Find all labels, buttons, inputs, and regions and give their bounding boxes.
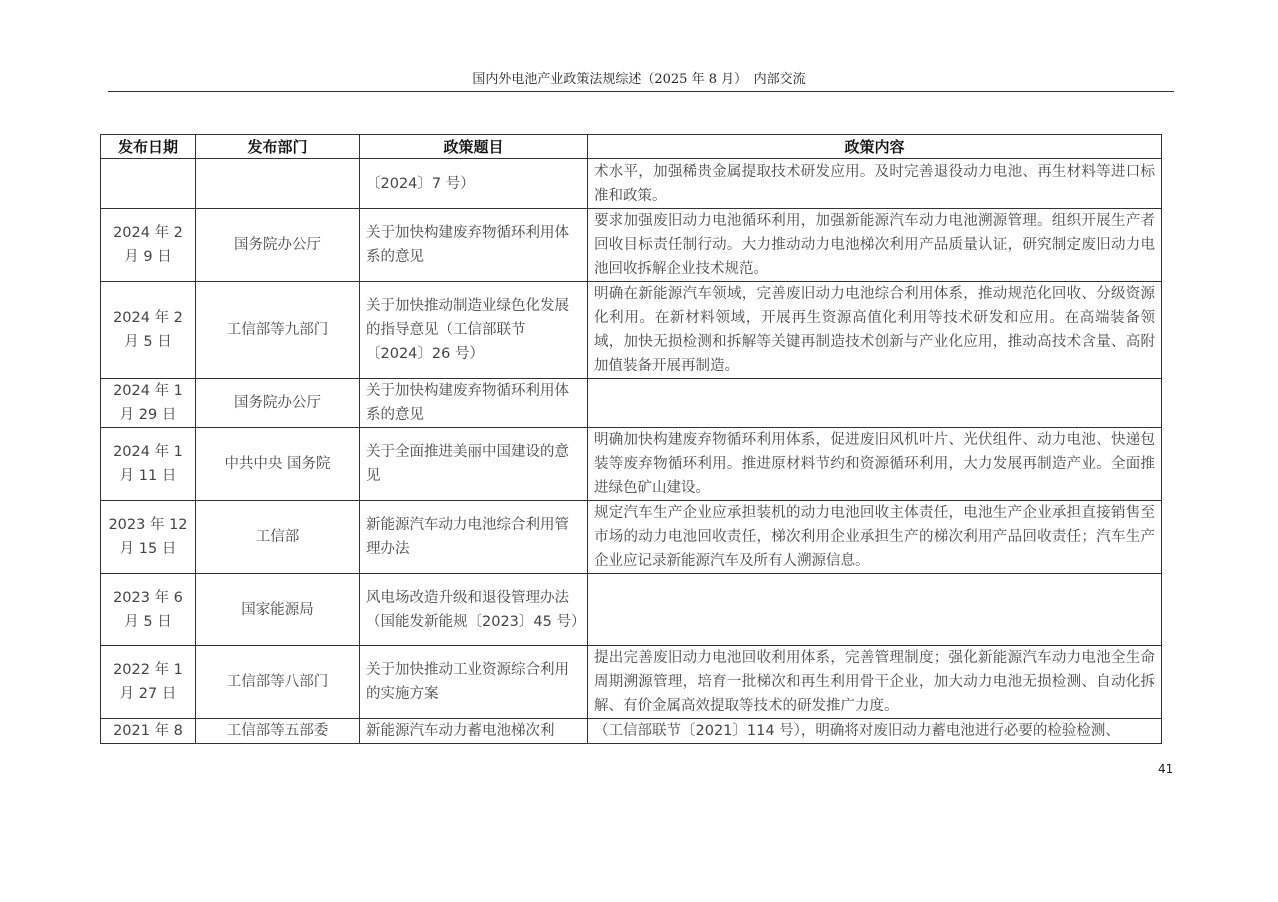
- cell-policy-content: 明确加快构建废弃物循环利用体系，促进废旧风机叶片、光伏组件、动力电池、快递包装等…: [588, 428, 1162, 501]
- cell-policy-title: 关于加快推动工业资源综合利用的实施方案: [360, 646, 588, 719]
- cell-policy-title: 〔2024〕7 号）: [360, 159, 588, 209]
- cell-policy-content: （工信部联节〔2021〕114 号），明确将对废旧动力蓄电池进行必要的检验检测、: [588, 719, 1162, 744]
- cell-department: 工信部等八部门: [196, 646, 360, 719]
- cell-department: 工信部: [196, 501, 360, 574]
- cell-date: 2023 年 12 月 15 日: [101, 501, 196, 574]
- cell-date: 2021 年 8: [101, 719, 196, 744]
- cell-date: 2024 年 2 月 9 日: [101, 209, 196, 282]
- running-header-title: 国内外电池产业政策法规综述（2025 年 8 月） 内部交流: [0, 68, 1278, 87]
- cell-date: 2022 年 1 月 27 日: [101, 646, 196, 719]
- cell-policy-content: [588, 574, 1162, 646]
- cell-policy-content: 要求加强废旧动力电池循环利用，加强新能源汽车动力电池溯源管理。组织开展生产者回收…: [588, 209, 1162, 282]
- cell-policy-title: 新能源汽车动力蓄电池梯次利: [360, 719, 588, 744]
- table-row: 2024 年 1 月 11 日中共中央 国务院关于全面推进美丽中国建设的意见明确…: [101, 428, 1162, 501]
- cell-policy-content: 规定汽车生产企业应承担装机的动力电池回收主体责任，电池生产企业承担直接销售至市场…: [588, 501, 1162, 574]
- cell-date: 2024 年 1 月 29 日: [101, 379, 196, 428]
- table-header-row: 发布日期 发布部门 政策题目 政策内容: [101, 135, 1162, 159]
- header-divider: [108, 91, 1174, 92]
- table-row: 2024 年 1 月 29 日国务院办公厅关于加快构建废弃物循环利用体系的意见: [101, 379, 1162, 428]
- cell-policy-content: [588, 379, 1162, 428]
- cell-department: 国务院办公厅: [196, 379, 360, 428]
- cell-policy-title: 关于加快推动制造业绿色化发展的指导意见（工信部联节〔2024〕26 号）: [360, 282, 588, 379]
- cell-policy-title: 关于加快构建废弃物循环利用体系的意见: [360, 209, 588, 282]
- column-header-policy-title: 政策题目: [360, 135, 588, 159]
- table-row: 〔2024〕7 号）术水平，加强稀贵金属提取技术研发应用。及时完善退役动力电池、…: [101, 159, 1162, 209]
- table-row: 2021 年 8工信部等五部委新能源汽车动力蓄电池梯次利（工信部联节〔2021〕…: [101, 719, 1162, 744]
- page-number: 41: [1158, 762, 1173, 776]
- cell-policy-content: 术水平，加强稀贵金属提取技术研发应用。及时完善退役动力电池、再生材料等进口标准和…: [588, 159, 1162, 209]
- cell-policy-content: 明确在新能源汽车领域，完善废旧动力电池综合利用体系，推动规范化回收、分级资源化利…: [588, 282, 1162, 379]
- cell-department: 中共中央 国务院: [196, 428, 360, 501]
- column-header-date: 发布日期: [101, 135, 196, 159]
- cell-policy-content: 提出完善废旧动力电池回收利用体系，完善管理制度；强化新能源汽车动力电池全生命周期…: [588, 646, 1162, 719]
- column-header-department: 发布部门: [196, 135, 360, 159]
- cell-policy-title: 风电场改造升级和退役管理办法（国能发新能规〔2023〕45 号）: [360, 574, 588, 646]
- cell-department: [196, 159, 360, 209]
- table-row: 2024 年 2 月 9 日国务院办公厅关于加快构建废弃物循环利用体系的意见要求…: [101, 209, 1162, 282]
- table-row: 2023 年 6 月 5 日国家能源局风电场改造升级和退役管理办法（国能发新能规…: [101, 574, 1162, 646]
- column-header-policy-content: 政策内容: [588, 135, 1162, 159]
- cell-department: 国家能源局: [196, 574, 360, 646]
- policy-table: 发布日期 发布部门 政策题目 政策内容 〔2024〕7 号）术水平，加强稀贵金属…: [100, 134, 1162, 744]
- cell-date: 2023 年 6 月 5 日: [101, 574, 196, 646]
- cell-policy-title: 新能源汽车动力电池综合利用管理办法: [360, 501, 588, 574]
- cell-policy-title: 关于加快构建废弃物循环利用体系的意见: [360, 379, 588, 428]
- table-row: 2023 年 12 月 15 日工信部新能源汽车动力电池综合利用管理办法规定汽车…: [101, 501, 1162, 574]
- cell-department: 工信部等九部门: [196, 282, 360, 379]
- table-row: 2022 年 1 月 27 日工信部等八部门关于加快推动工业资源综合利用的实施方…: [101, 646, 1162, 719]
- cell-policy-title: 关于全面推进美丽中国建设的意见: [360, 428, 588, 501]
- cell-department: 国务院办公厅: [196, 209, 360, 282]
- cell-date: 2024 年 2 月 5 日: [101, 282, 196, 379]
- cell-date: [101, 159, 196, 209]
- cell-date: 2024 年 1 月 11 日: [101, 428, 196, 501]
- cell-department: 工信部等五部委: [196, 719, 360, 744]
- table-row: 2024 年 2 月 5 日工信部等九部门关于加快推动制造业绿色化发展的指导意见…: [101, 282, 1162, 379]
